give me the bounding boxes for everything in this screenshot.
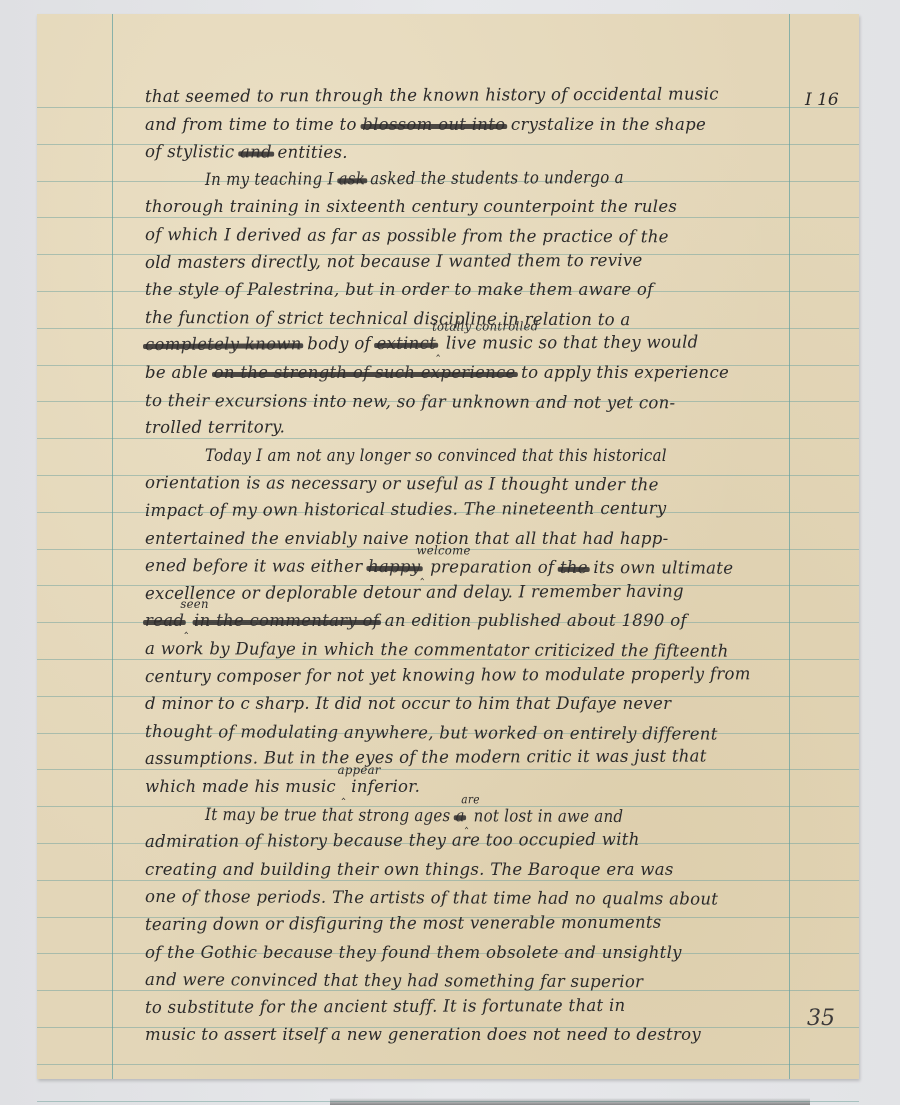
manuscript-line: music to assert itself a new generation … <box>145 1025 805 1045</box>
struck-out-text: read <box>145 611 184 631</box>
ruled-line <box>37 880 859 881</box>
manuscript-line: to their excursions into new, so far unk… <box>145 391 805 414</box>
ruled-line <box>37 769 859 770</box>
interlinear-insertion: ‸seen <box>184 611 188 631</box>
struck-out-text: on the strength of such experience <box>214 363 516 383</box>
folio-number: 35 <box>807 1006 835 1031</box>
manuscript-line: and from time to time to blossom out int… <box>145 115 805 135</box>
struck-out-text: extinct <box>376 334 436 354</box>
ruled-line <box>37 217 859 218</box>
struck-out-text: completely known <box>145 335 302 356</box>
manuscript-line: completely known body of extinct‸totally… <box>145 332 805 355</box>
manuscript-line: creating and building their own things. … <box>145 860 805 880</box>
interlinear-insertion: ‸totally controlled <box>436 334 440 354</box>
manuscript-line: ened before it was either happy‸welcome … <box>145 556 805 579</box>
insertion-caret-icon: ‸ <box>465 815 469 829</box>
insertion-caret-icon: ‸ <box>420 566 424 580</box>
manuscript-line: admiration of history because they are t… <box>145 829 805 852</box>
manuscript-line: entertained the enviably naive notion th… <box>145 529 805 549</box>
manuscript-line: a work by Dufaye in which the commentato… <box>145 639 805 662</box>
manuscript-line: that seemed to run through the known his… <box>145 84 805 107</box>
manuscript-line: old masters directly, not because I want… <box>145 250 805 273</box>
struck-out-text: ask <box>339 169 366 189</box>
struck-out-text: in the commentary of <box>194 611 379 631</box>
ruled-line <box>37 1064 859 1065</box>
ruled-line <box>37 438 859 439</box>
left-margin-line <box>112 14 113 1079</box>
insertion-caret-icon: ‸ <box>436 343 440 357</box>
manuscript-line: century composer for not yet knowing how… <box>145 664 805 687</box>
manuscript-line: excellence or deplorable detour and dela… <box>145 581 805 604</box>
struck-out-text: and <box>240 143 272 163</box>
struck-out-text: happy <box>368 557 420 577</box>
ruled-line <box>37 107 859 108</box>
scanner-edge-shadow <box>330 1098 810 1105</box>
manuscript-line: the style of Palestrina, but in order to… <box>145 280 805 300</box>
ruled-paper-sheet: that seemed to run through the known his… <box>37 14 859 1079</box>
manuscript-line: In my teaching I ask asked the students … <box>205 167 805 190</box>
manuscript-line: thorough training in sixteenth century c… <box>145 197 805 217</box>
insertion-caret-icon: ‸ <box>342 786 346 800</box>
section-marker: I 16 <box>805 90 839 110</box>
insertion-caret-icon: ‸ <box>184 620 188 634</box>
manuscript-line: tearing down or disfiguring the most ven… <box>145 912 805 935</box>
scanned-page-background: that seemed to run through the known his… <box>0 0 900 1105</box>
manuscript-line: impact of my own historical studies. The… <box>145 498 805 521</box>
interlinear-insertion: ‸welcome <box>420 557 424 577</box>
manuscript-line: and were convinced that they had somethi… <box>145 970 805 993</box>
struck-out-text: the <box>560 558 588 578</box>
manuscript-line: one of those periods. The artists of tha… <box>145 887 805 910</box>
struck-out-text: blossom out into <box>362 115 505 135</box>
manuscript-line: It may be true that strong ages a‸are no… <box>205 805 805 828</box>
manuscript-line: to substitute for the ancient stuff. It … <box>145 995 805 1018</box>
manuscript-line: d minor to c sharp. It did not occur to … <box>145 694 805 714</box>
manuscript-line: Today I am not any longer so convinced t… <box>205 446 805 466</box>
interlinear-insertion: ‸are <box>465 806 469 826</box>
manuscript-line: be able on the strength of such experien… <box>145 363 805 383</box>
manuscript-line: trolled territory. <box>145 415 805 438</box>
manuscript-line: assumptions. But in the eyes of the mode… <box>145 746 805 769</box>
manuscript-line: orientation is as necessary or useful as… <box>145 473 805 496</box>
manuscript-line: thought of modulating anywhere, but work… <box>145 722 805 745</box>
manuscript-line: of stylistic and entities. <box>145 142 805 165</box>
manuscript-line: read‸seen in the commentary of an editio… <box>145 611 805 631</box>
manuscript-line: of which I derived as far as possible fr… <box>145 225 805 248</box>
interlinear-insertion: ‸appear <box>342 777 346 797</box>
manuscript-line: of the Gothic because they found them ob… <box>145 943 805 963</box>
